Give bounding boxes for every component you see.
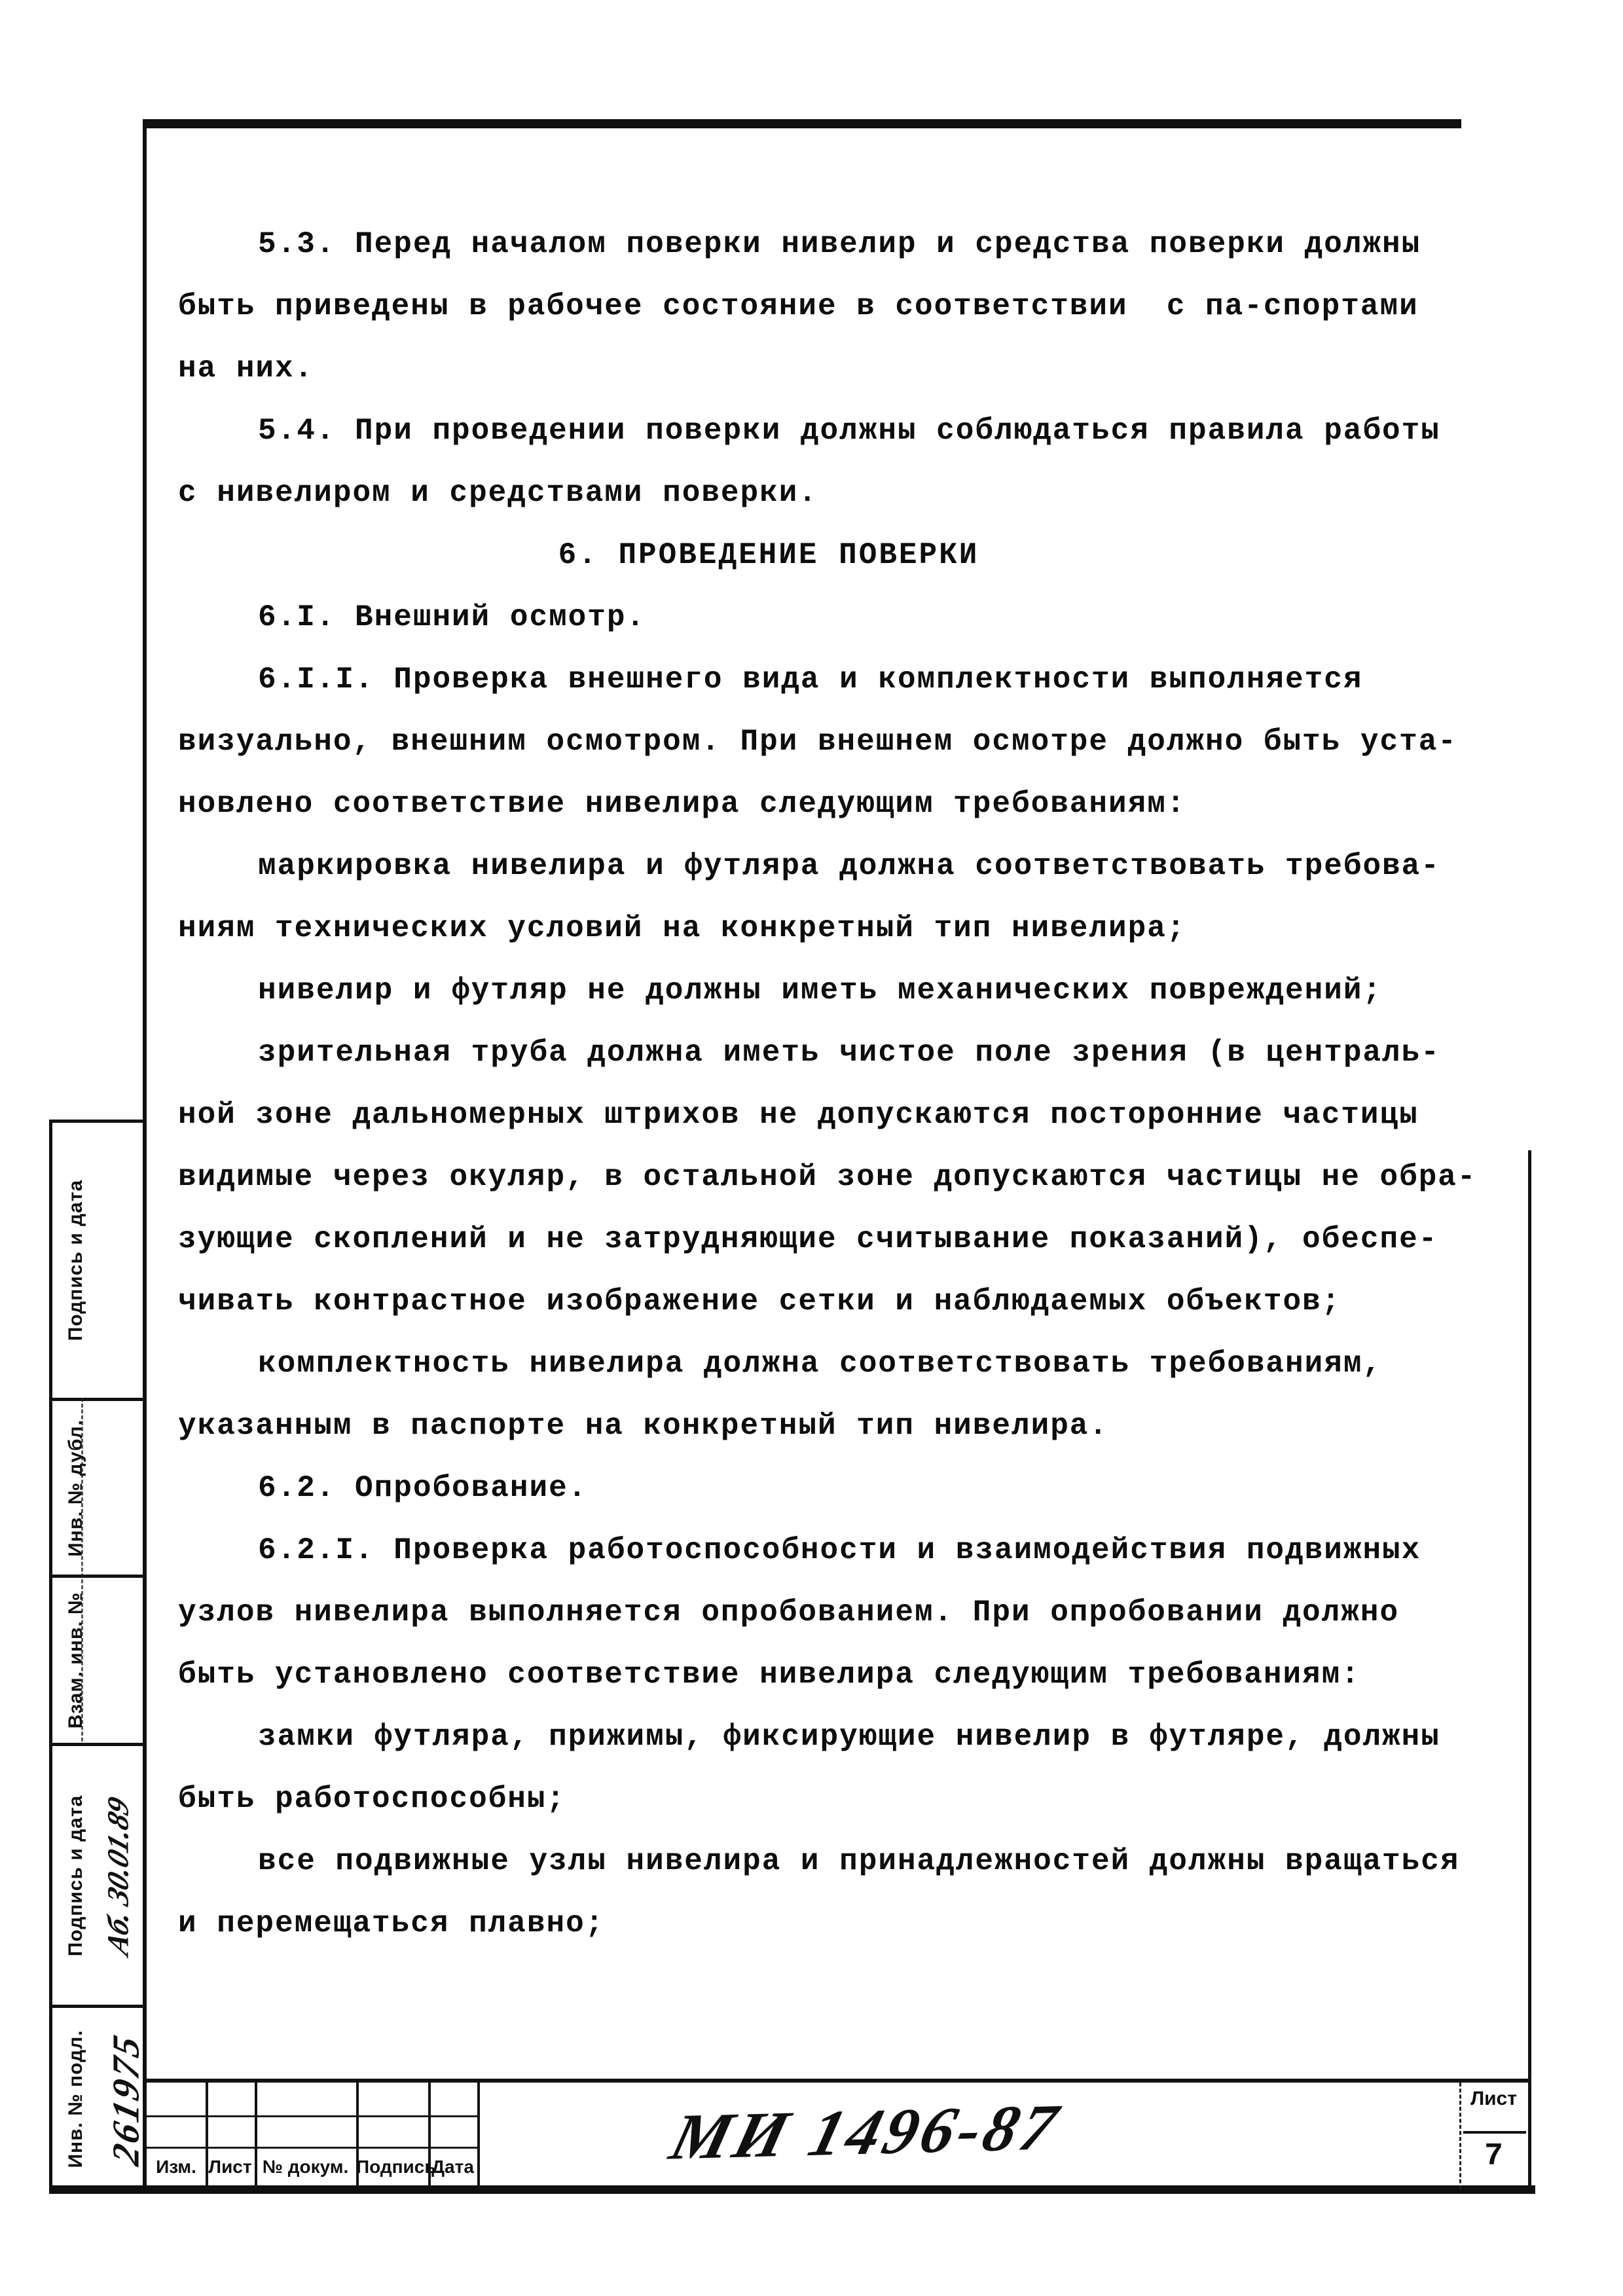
sidebar-divider-dashed-line bbox=[81, 1398, 83, 1741]
text-line: 5.3. Перед началом поверки нивелир и сре… bbox=[178, 213, 1516, 276]
sheet-label: Лист bbox=[1459, 2088, 1528, 2110]
text-line: и перемещаться плавно; bbox=[178, 1893, 1516, 1955]
text-line: узлов нивелира выполняется опробованием.… bbox=[178, 1582, 1516, 1644]
text-line: видимые через окуляр, в остальной зоне д… bbox=[178, 1146, 1516, 1209]
scanned-document-page: 5.3. Перед началом поверки нивелир и сре… bbox=[0, 0, 1623, 2296]
document-number-handwritten: МИ 1496-87 bbox=[663, 2089, 1068, 2174]
title-block-header-5: Дата bbox=[428, 2147, 477, 2189]
text-line: нивелир и футляр не должны иметь механич… bbox=[178, 960, 1516, 1022]
text-line: чивать контрастное изображение сетки и н… bbox=[178, 1271, 1516, 1333]
sidebar-box-5: Инв. № подл.261975 bbox=[49, 2005, 144, 2190]
text-line: 5.4. При проведении поверки должны соблю… bbox=[178, 400, 1516, 462]
sheet-label-underline bbox=[1463, 2131, 1526, 2134]
text-line: 6.2.I. Проверка работоспособности и взаи… bbox=[178, 1520, 1516, 1582]
text-line: комплектность нивелира должна соответств… bbox=[178, 1333, 1516, 1395]
sidebar-box-label: Подпись и дата bbox=[65, 1795, 87, 1956]
sheet-box: Лист 7 bbox=[1459, 2083, 1528, 2189]
title-block-header-1: Изм. bbox=[147, 2147, 206, 2189]
text-line: с нивелиром и средствами поверки. bbox=[178, 462, 1516, 524]
sidebar-box-4: Подпись и датаАб. 30.01.89 bbox=[49, 1743, 144, 2005]
text-line: указанным в паспорте на конкретный тип н… bbox=[178, 1395, 1516, 1457]
sidebar-box-2: Инв. № дубл. bbox=[49, 1398, 144, 1575]
sidebar-box-label: Подпись и дата bbox=[65, 1180, 87, 1341]
sidebar: Подпись и датаИнв. № дубл.Взам. инв. №По… bbox=[49, 1120, 144, 2190]
text-block: 5.3. Перед началом поверки нивелир и сре… bbox=[178, 213, 1516, 1955]
frame-right-border bbox=[1528, 1150, 1531, 2193]
text-line: визуально, внешним осмотром. При внешнем… bbox=[178, 711, 1516, 773]
signature-and-date-handwritten: Аб. 30.01.89 bbox=[101, 1791, 136, 1959]
title-block-header-3: № докум. bbox=[255, 2147, 356, 2189]
title-block-header-2: Лист bbox=[206, 2147, 255, 2189]
text-line: быть установлено соответствие нивелира с… bbox=[178, 1644, 1516, 1706]
inventory-number-handwritten: 261975 bbox=[104, 2029, 148, 2170]
title-block: Изм.Лист№ докум.ПодписьДата МИ 1496-87 Л… bbox=[147, 2079, 1528, 2189]
text-line: 6.I. Внешний осмотр. bbox=[178, 587, 1516, 649]
sidebar-box-label: Инв. № дубл. bbox=[65, 1419, 87, 1557]
text-line: зующие скоплений и не затрудняющие считы… bbox=[178, 1209, 1516, 1271]
text-line: маркировка нивелира и футляра должна соо… bbox=[178, 835, 1516, 898]
column-divider bbox=[477, 2083, 480, 2189]
text-line: ной зоне дальномерных штрихов не допуска… bbox=[178, 1084, 1516, 1146]
sidebar-box-3: Взам. инв. № bbox=[49, 1575, 144, 1743]
text-line: быть приведены в рабочее состояние в соо… bbox=[178, 276, 1516, 338]
text-line: замки футляра, прижимы, фиксирующие ниве… bbox=[178, 1706, 1516, 1768]
sidebar-box-label: Инв. № подл. bbox=[65, 2030, 87, 2168]
sheet-number: 7 bbox=[1459, 2139, 1528, 2174]
sidebar-box-label: Взам. инв. № bbox=[65, 1592, 87, 1729]
text-line: новлено соответствие нивелира следующим … bbox=[178, 773, 1516, 835]
text-line: ниям технических условий на конкретный т… bbox=[178, 898, 1516, 960]
title-block-header-4: Подпись bbox=[356, 2147, 428, 2189]
sidebar-box-1: Подпись и дата bbox=[49, 1120, 144, 1398]
text-line: на них. bbox=[178, 338, 1516, 400]
text-line: зрительная труба должна иметь чистое пол… bbox=[178, 1022, 1516, 1084]
text-line: быть работоспособны; bbox=[178, 1768, 1516, 1831]
text-line: 6.2. Опробование. bbox=[178, 1457, 1516, 1520]
text-line: все подвижные узлы нивелира и принадлежн… bbox=[178, 1831, 1516, 1893]
text-line: 6.I.I. Проверка внешнего вида и комплект… bbox=[178, 649, 1516, 711]
section-heading: 6. ПРОВЕДЕНИЕ ПОВЕРКИ bbox=[178, 524, 1516, 587]
frame-top-border bbox=[143, 119, 1461, 128]
